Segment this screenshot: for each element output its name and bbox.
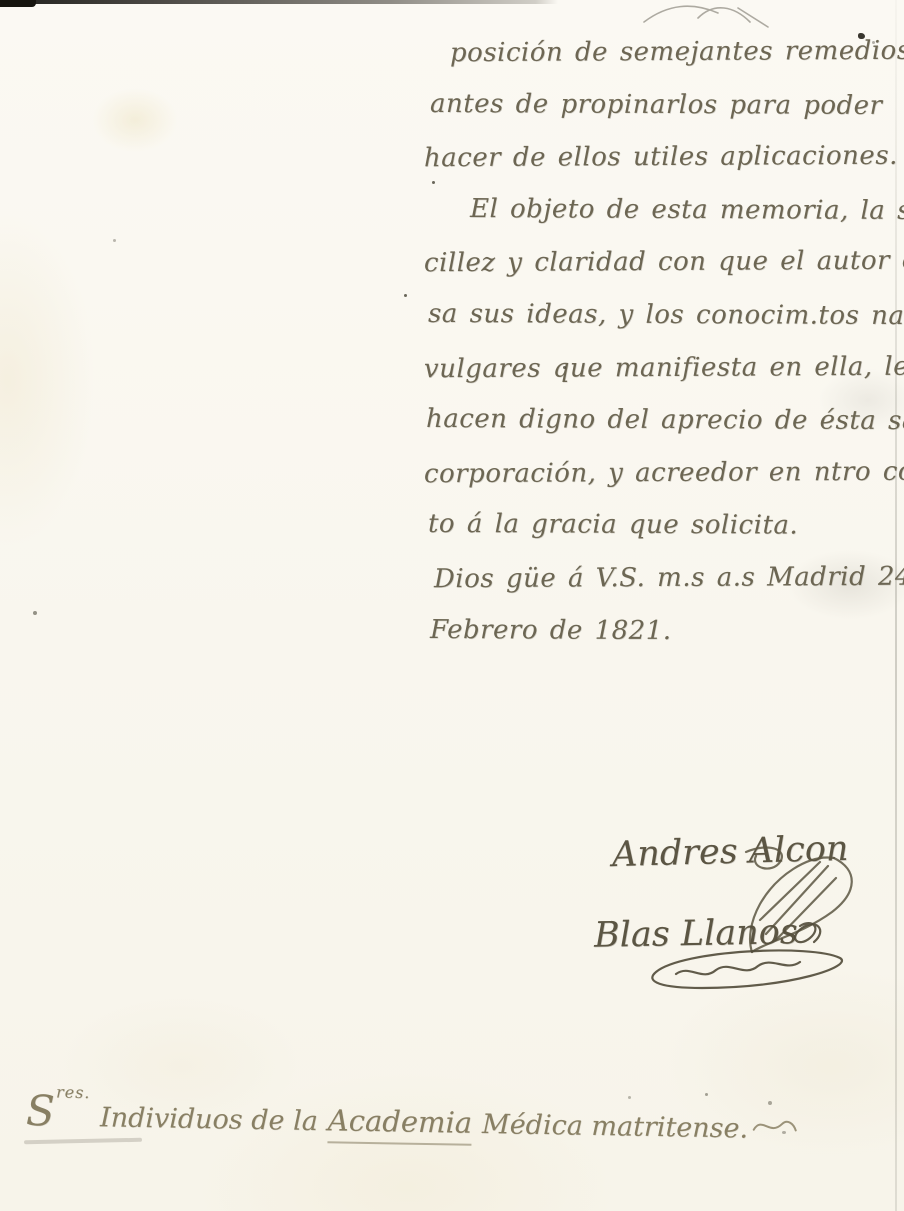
signature-rubric-llanos xyxy=(642,914,852,996)
ink-speck xyxy=(628,1096,631,1099)
letter-line-dateline: Dios güe á V.S. m.s a.s Madrid 24 de xyxy=(434,551,902,606)
letter-body: posición de semejantes remedios antes de… xyxy=(424,26,902,657)
address-initial: S xyxy=(26,1086,56,1135)
letter-line: hacen digno del aprecio de ésta sabia xyxy=(426,393,902,448)
letter-line: corporación, y acreedor en ntro concep xyxy=(424,445,902,500)
ink-speck xyxy=(33,611,37,615)
ink-speck xyxy=(563,366,566,369)
letter-line: antes de propinarlos para poder xyxy=(430,78,902,133)
ink-speck xyxy=(872,41,875,44)
ink-smudge xyxy=(24,1138,142,1144)
ink-speck xyxy=(705,1093,708,1096)
ink-speck xyxy=(113,239,116,242)
ink-speck xyxy=(768,1101,772,1105)
letter-line: sa sus ideas, y los conocim.tos nada xyxy=(428,288,902,343)
scan-artifact-top-corner xyxy=(0,0,36,7)
address-end-flourish xyxy=(752,1114,798,1141)
address-superscript: res. xyxy=(56,1083,91,1103)
ink-speck xyxy=(782,1131,786,1134)
letter-line: to á la gracia que solicita. xyxy=(428,498,902,553)
ink-speck xyxy=(858,33,865,39)
address-text: Individuos de la xyxy=(100,1102,318,1137)
letter-line-dateline: Febrero de 1821. xyxy=(430,604,902,659)
letter-line: posición de semejantes remedios xyxy=(450,25,902,80)
recipient-address-line: Sres.Individuos de laAcademiaMédica matr… xyxy=(26,1082,857,1149)
manuscript-page: posición de semejantes remedios antes de… xyxy=(0,0,904,1211)
address-academy-underlined: Academia xyxy=(327,1103,472,1146)
ink-speck xyxy=(404,294,407,297)
letter-line: hacer de ellos utiles aplicaciones. xyxy=(424,130,902,185)
letter-line: El objeto de esta memoria, la sen xyxy=(470,183,902,237)
ink-speck xyxy=(432,181,435,184)
letter-line: vulgares que manifiesta en ella, le xyxy=(424,340,902,395)
letter-line: cillez y claridad con que el autor espre xyxy=(424,235,902,290)
scan-artifact-top-edge xyxy=(0,0,558,4)
address-text: Médica matritense. xyxy=(482,1109,749,1145)
